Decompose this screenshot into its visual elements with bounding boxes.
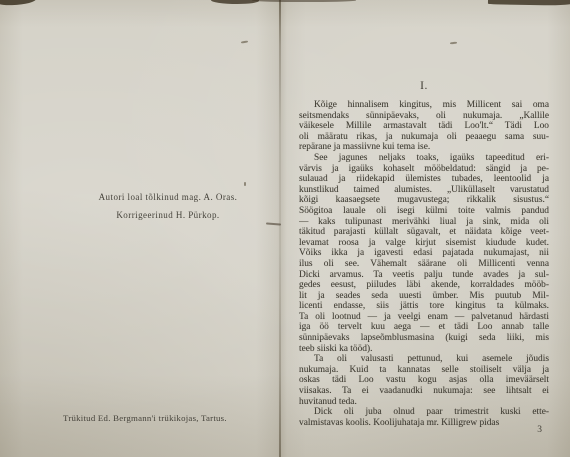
text-line: värvis ja igaüks kohaselt mööbeldatud: s… [299, 164, 549, 175]
printer-imprint: Trükitud Ed. Bergmann'i trükikojas, Tart… [63, 413, 227, 423]
text-line: ilus oli see. Vähemalt säärane oli Milli… [299, 259, 549, 270]
body-text: Kõige hinnalisem kingitus, mis Millicent… [299, 100, 549, 428]
text-line: Dicki arvamus. Ta veetis palju tunde ava… [299, 270, 549, 281]
translator-credits: Autori loal tõlkinud mag. A. Oras. Korri… [48, 189, 288, 224]
chapter-heading: I. [299, 80, 549, 92]
text-line: Ta oli lootnud — ja veelgi enam — palvet… [299, 312, 549, 323]
text-line: kunstlikud taimed alumistes. „Üliküllase… [299, 185, 549, 196]
top-edge-stain [0, 0, 36, 6]
text-line: väikesele Millile armastavalt tädi Loo'l… [299, 121, 549, 132]
paper-speck [450, 42, 457, 45]
text-line: repärane ja massiivne kui tema ise. [299, 142, 549, 153]
text-line: nukumaja. Kuid ta kannatas selle stoilis… [299, 365, 549, 376]
text-line: See jagunes neljaks toaks, igaüks tapeed… [299, 153, 549, 164]
text-line: — kaks tulipunast merivähki liual ja sin… [299, 217, 549, 228]
text-line: levamat roosa ja valge kirjut sisemist k… [299, 238, 549, 249]
gutter-crease [279, 0, 281, 457]
text-line: lit ja seades seda uuesti ümber. Mis puu… [299, 291, 549, 302]
paper-speck [244, 182, 246, 186]
text-line: oskas tädi Loo vastu kogu asjas olla ime… [299, 375, 549, 386]
page-number: 3 [528, 425, 542, 435]
text-line: sünnipäevaks lapseõmblusmasina (kuigi se… [299, 333, 549, 344]
text-line: huvitanud teda. [299, 397, 549, 408]
text-line: Dick oli juba olnud paar trimestrit kusk… [299, 407, 549, 418]
text-line: kõigi kaasaegsete mugavustega; rikkalik … [299, 195, 549, 206]
credit-line-corrector: Korrigeerinud H. Pürkop. [48, 207, 288, 225]
text-line: Võiks ikka ja igavesti edasi pajatada nu… [299, 248, 549, 259]
text-line: oli määratu rikas, ja nukumaja oli peaae… [299, 132, 549, 143]
text-line: valmistavas koolis. Koolijuhataja mr. Ki… [299, 418, 549, 429]
text-line: seitsmendaks sünnipäevaks, oli nukumaja.… [299, 111, 549, 122]
top-edge-stain [488, 0, 570, 6]
text-line: Ta oli valusasti pettunud, kui asemele j… [299, 354, 549, 365]
paper-speck [241, 40, 248, 43]
book-scan: Autori loal tõlkinud mag. A. Oras. Korri… [0, 0, 570, 457]
text-line: viisakas. Ta ei vaadanudki nukumaja: see… [299, 386, 549, 397]
text-line: teeb siiski ka tööd). [299, 344, 549, 355]
text-line: täkitud parajasti küllalt sügavalt, et n… [299, 227, 549, 238]
text-line: gedes eesust, piiludes läbi akende, korr… [299, 280, 549, 291]
text-line: sulauad ja riidekapid ülemistes tubades,… [299, 174, 549, 185]
text-line: Kõige hinnalisem kingitus, mis Millicent… [299, 100, 549, 111]
credit-line-translator: Autori loal tõlkinud mag. A. Oras. [48, 189, 288, 207]
text-line: licenti endasse, siis jättis tore kingit… [299, 301, 549, 312]
text-line: Söögitoa lauale oli isegi külmi toite va… [299, 206, 549, 217]
text-line: iga öö tervelt kuu aega — et tädi Loo an… [299, 322, 549, 333]
